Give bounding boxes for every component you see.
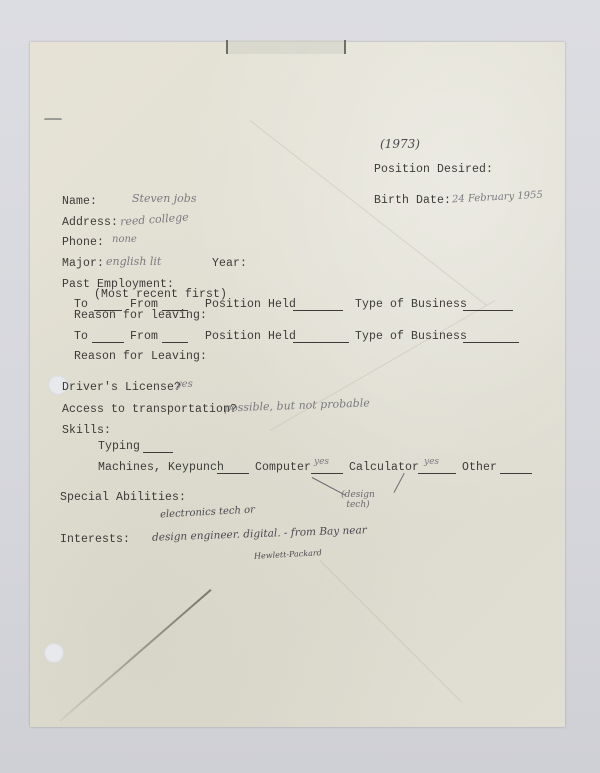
calculator-value: yes	[424, 457, 439, 467]
to-label: To	[74, 330, 88, 343]
typing-field[interactable]	[143, 442, 173, 453]
other-label: Other	[462, 461, 497, 474]
calculator-label: Calculator	[349, 461, 419, 474]
from-label: From	[130, 330, 158, 343]
other-field[interactable]	[500, 463, 532, 474]
phone-value: none	[112, 234, 137, 245]
skills-label: Skills:	[62, 424, 111, 437]
machines-keypunch-label: Machines, Keypunch	[98, 461, 224, 474]
binder-hole-top	[44, 118, 62, 134]
name-label: Name:	[62, 195, 97, 208]
year-note: (1973)	[380, 137, 420, 151]
skills-annotation-line-1: (design	[338, 490, 378, 500]
type-of-business-label: Type of Business	[355, 298, 467, 311]
major-label: Major:	[62, 257, 104, 270]
from-field[interactable]	[162, 332, 188, 343]
major-value: english lit	[106, 255, 161, 268]
tape-tab	[226, 40, 346, 54]
position-desired-label: Position Desired:	[374, 163, 493, 176]
interests-label: Interests:	[60, 533, 130, 546]
keypunch-field[interactable]	[217, 463, 249, 474]
year-label: Year:	[212, 257, 247, 270]
type-of-business-field[interactable]	[463, 300, 513, 311]
birth-date-label: Birth Date:	[374, 194, 451, 207]
phone-label: Phone:	[62, 236, 104, 249]
reason-for-leaving-label: Reason for Leaving:	[74, 350, 207, 363]
name-value: Steven jobs	[132, 192, 197, 205]
to-field[interactable]	[92, 332, 124, 343]
special-abilities-label: Special Abilities:	[60, 491, 186, 504]
type-of-business-field[interactable]	[463, 332, 519, 343]
binder-hole-bottom	[44, 643, 64, 663]
computer-value: yes	[314, 457, 329, 467]
skills-annotation: (design tech)	[338, 490, 378, 510]
address-label: Address:	[62, 216, 118, 229]
drivers-license-label: Driver's License?	[62, 381, 181, 394]
transportation-label: Access to transportation?	[62, 403, 237, 416]
type-of-business-label: Type of Business	[355, 330, 467, 343]
typing-label: Typing	[98, 440, 140, 453]
position-held-label: Position Held	[205, 330, 296, 343]
reason-for-leaving-label: Reason for leaving:	[74, 309, 207, 322]
skills-annotation-line-2: tech)	[338, 500, 378, 510]
position-held-field[interactable]	[293, 300, 343, 311]
position-held-field[interactable]	[293, 332, 349, 343]
drivers-license-value: yes	[176, 379, 193, 390]
position-held-label: Position Held	[205, 298, 296, 311]
computer-label: Computer	[255, 461, 311, 474]
